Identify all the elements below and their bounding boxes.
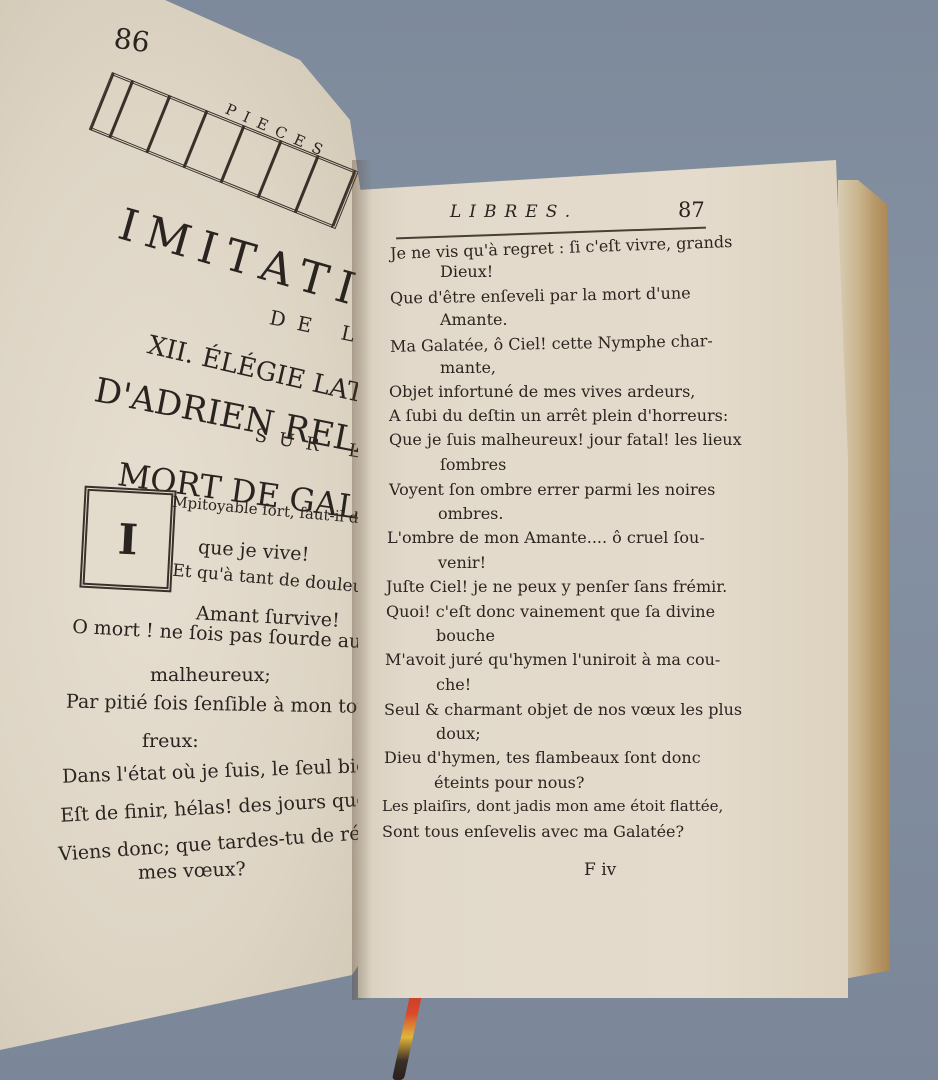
- verse-line: Sont tous enſevelis avec ma Galatée?: [382, 822, 684, 841]
- verse-line: Par pitié ſois ſenſible à mon tourment a…: [66, 691, 372, 720]
- verse-line: Amante.: [440, 310, 508, 329]
- verse-line: M'avoit juré qu'hymen l'uniroit à ma cou…: [385, 650, 720, 669]
- verse-line: doux;: [436, 724, 481, 743]
- running-head-right: LIBRES.: [450, 202, 578, 222]
- verse-line: Juſte Ciel! je ne peux y penſer ſans fré…: [386, 577, 727, 596]
- verse-line: Quoi! c'eſt donc vainement que ſa divine: [386, 602, 715, 621]
- verse-line: Dieu d'hymen, tes flambeaux ſont donc: [384, 748, 701, 767]
- verse-line: freux:: [142, 730, 199, 752]
- verse-line: Objet infortuné de mes vives ardeurs,: [389, 382, 695, 401]
- verse-line: L'ombre de mon Amante.... ô cruel ſou-: [387, 528, 705, 547]
- page-number-right: 87: [678, 198, 705, 222]
- gutter-shadow: [352, 160, 372, 1000]
- page-number-left: 86: [112, 22, 152, 60]
- verse-line: Et qu'à tant de douleurs un tri: [172, 561, 372, 604]
- verse-line: Dieux!: [440, 262, 493, 281]
- verse-line: Les plaiſirs, dont jadis mon ame étoit f…: [382, 797, 723, 815]
- verse-line: A ſubi du deſtin un arrêt plein d'horreu…: [389, 406, 728, 425]
- verse-line: mes vœux?: [138, 858, 246, 884]
- verse-line: ſombres: [440, 455, 506, 474]
- left-page: 86 PIECES IMITATION DE LA XII. ÉLÉGIE LA…: [0, 0, 372, 1080]
- verse-line: éteints pour nous?: [434, 773, 584, 792]
- verse-line: malheureux;: [150, 664, 271, 686]
- verse-line: Eſt de finir, hélas! des jours que je dé…: [60, 783, 372, 826]
- verse-line: Voyent ſon ombre errer parmi les noires: [389, 480, 715, 499]
- verse-line: Que je ſuis malheureux! jour fatal! les …: [389, 430, 742, 449]
- verse-line: venir!: [438, 553, 486, 572]
- verse-line: Seul & charmant objet de nos vœux les pl…: [384, 700, 742, 719]
- verse-line: Dans l'état où je ſuis, le ſeul bien qui…: [62, 750, 372, 787]
- verse-line: ombres.: [438, 504, 503, 523]
- verse-line: che!: [436, 675, 471, 694]
- verse-line: mante,: [440, 358, 496, 377]
- drop-cap-ornament: I: [79, 486, 176, 593]
- verse-line: que je vive!: [197, 536, 310, 566]
- signature-mark: F iv: [584, 860, 616, 880]
- bookmark-ribbon: [392, 985, 424, 1080]
- verse-line: bouche: [436, 626, 495, 645]
